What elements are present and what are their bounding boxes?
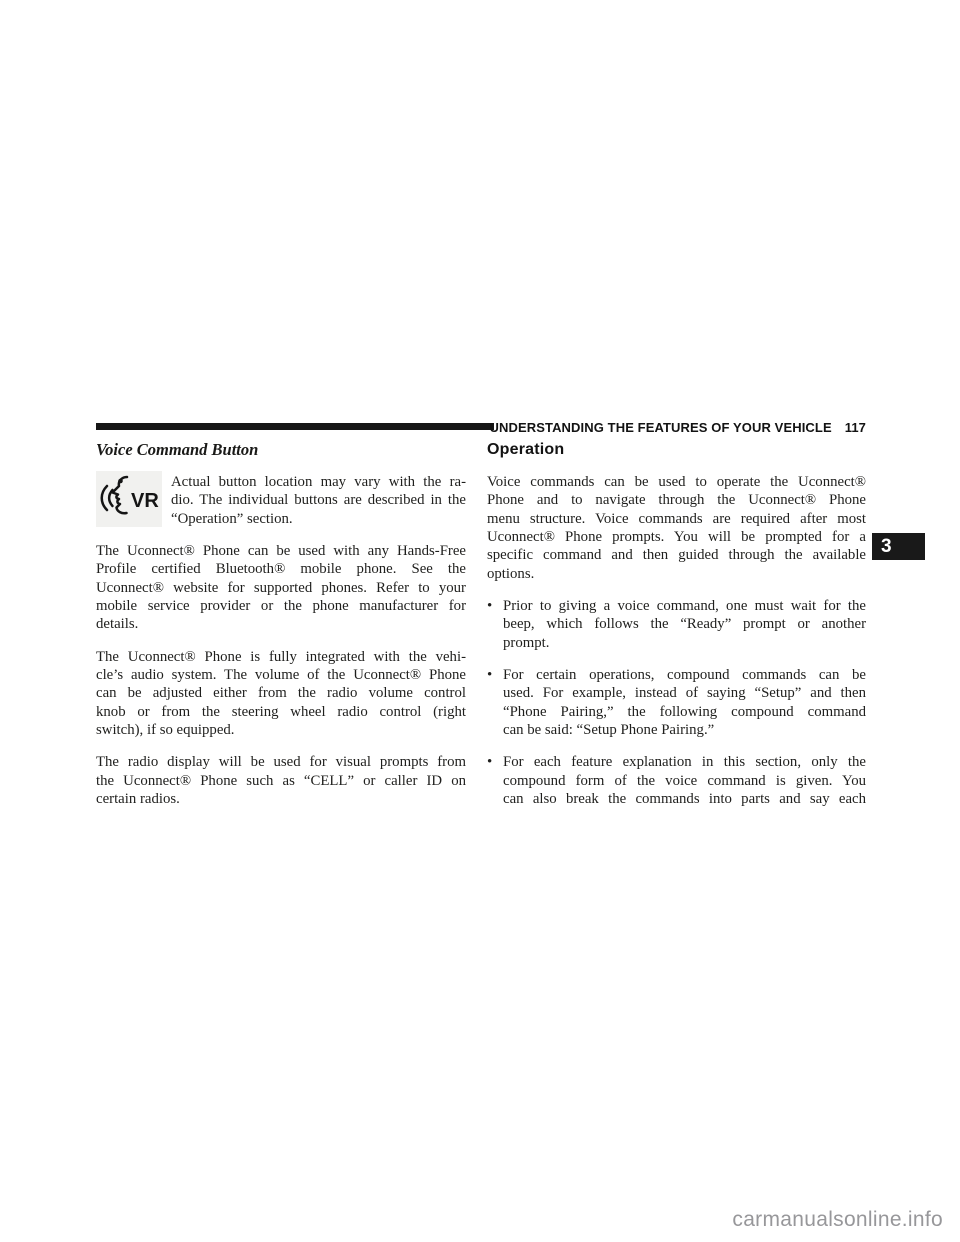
chapter-tab-label: 3 — [881, 536, 892, 557]
right-column: Operation Voice commands can be used to … — [487, 441, 866, 809]
bullet-marker: • — [487, 597, 503, 652]
paragraph: The radio display will be used for visua… — [96, 753, 466, 808]
content-columns: Voice Command Button VR Actual button lo… — [96, 441, 866, 809]
running-header-title: UNDERSTANDING THE FEATURES OF YOUR VEHIC… — [490, 419, 832, 437]
voice-command-paragraph: Actual button location may vary with the… — [171, 473, 466, 528]
sound-wave-outer — [102, 486, 107, 510]
bullet-marker: • — [487, 666, 503, 739]
paragraph: The Uconnect® Phone can be used with any… — [96, 542, 466, 634]
left-column: Voice Command Button VR Actual button lo… — [96, 441, 466, 809]
manual-page: UNDERSTANDING THE FEATURES OF YOUR VEHIC… — [0, 0, 960, 1242]
running-header: UNDERSTANDING THE FEATURES OF YOUR VEHIC… — [494, 419, 866, 437]
paragraph: Voice commands can be used to operate th… — [487, 473, 866, 583]
voice-command-intro-block: VR Actual button location may vary with … — [96, 473, 466, 528]
paragraph: The Uconnect® Phone is fully integrated … — [96, 648, 466, 740]
bullet-marker: • — [487, 753, 503, 808]
chapter-tab: 3 — [872, 533, 925, 560]
voice-recognition-icon: VR — [96, 471, 162, 527]
bullet-text: For certain operations, compound command… — [503, 666, 866, 739]
bullet-item: • For certain operations, compound comma… — [487, 666, 866, 739]
vr-icon-label: VR — [131, 490, 159, 512]
section-heading-operation: Operation — [487, 441, 866, 459]
face-eye-dot — [118, 479, 123, 484]
page-number: 117 — [845, 419, 866, 437]
section-heading-voice-command-button: Voice Command Button — [96, 441, 466, 459]
header-rule-bar — [96, 423, 494, 430]
bullet-item: • Prior to giving a voice command, one m… — [487, 597, 866, 652]
bullet-text: For each feature explanation in this sec… — [503, 753, 866, 808]
bullet-item: • For each feature explanation in this s… — [487, 753, 866, 808]
watermark: carmanualsonline.info — [732, 1211, 943, 1229]
bullet-text: Prior to giving a voice command, one mus… — [503, 597, 866, 652]
